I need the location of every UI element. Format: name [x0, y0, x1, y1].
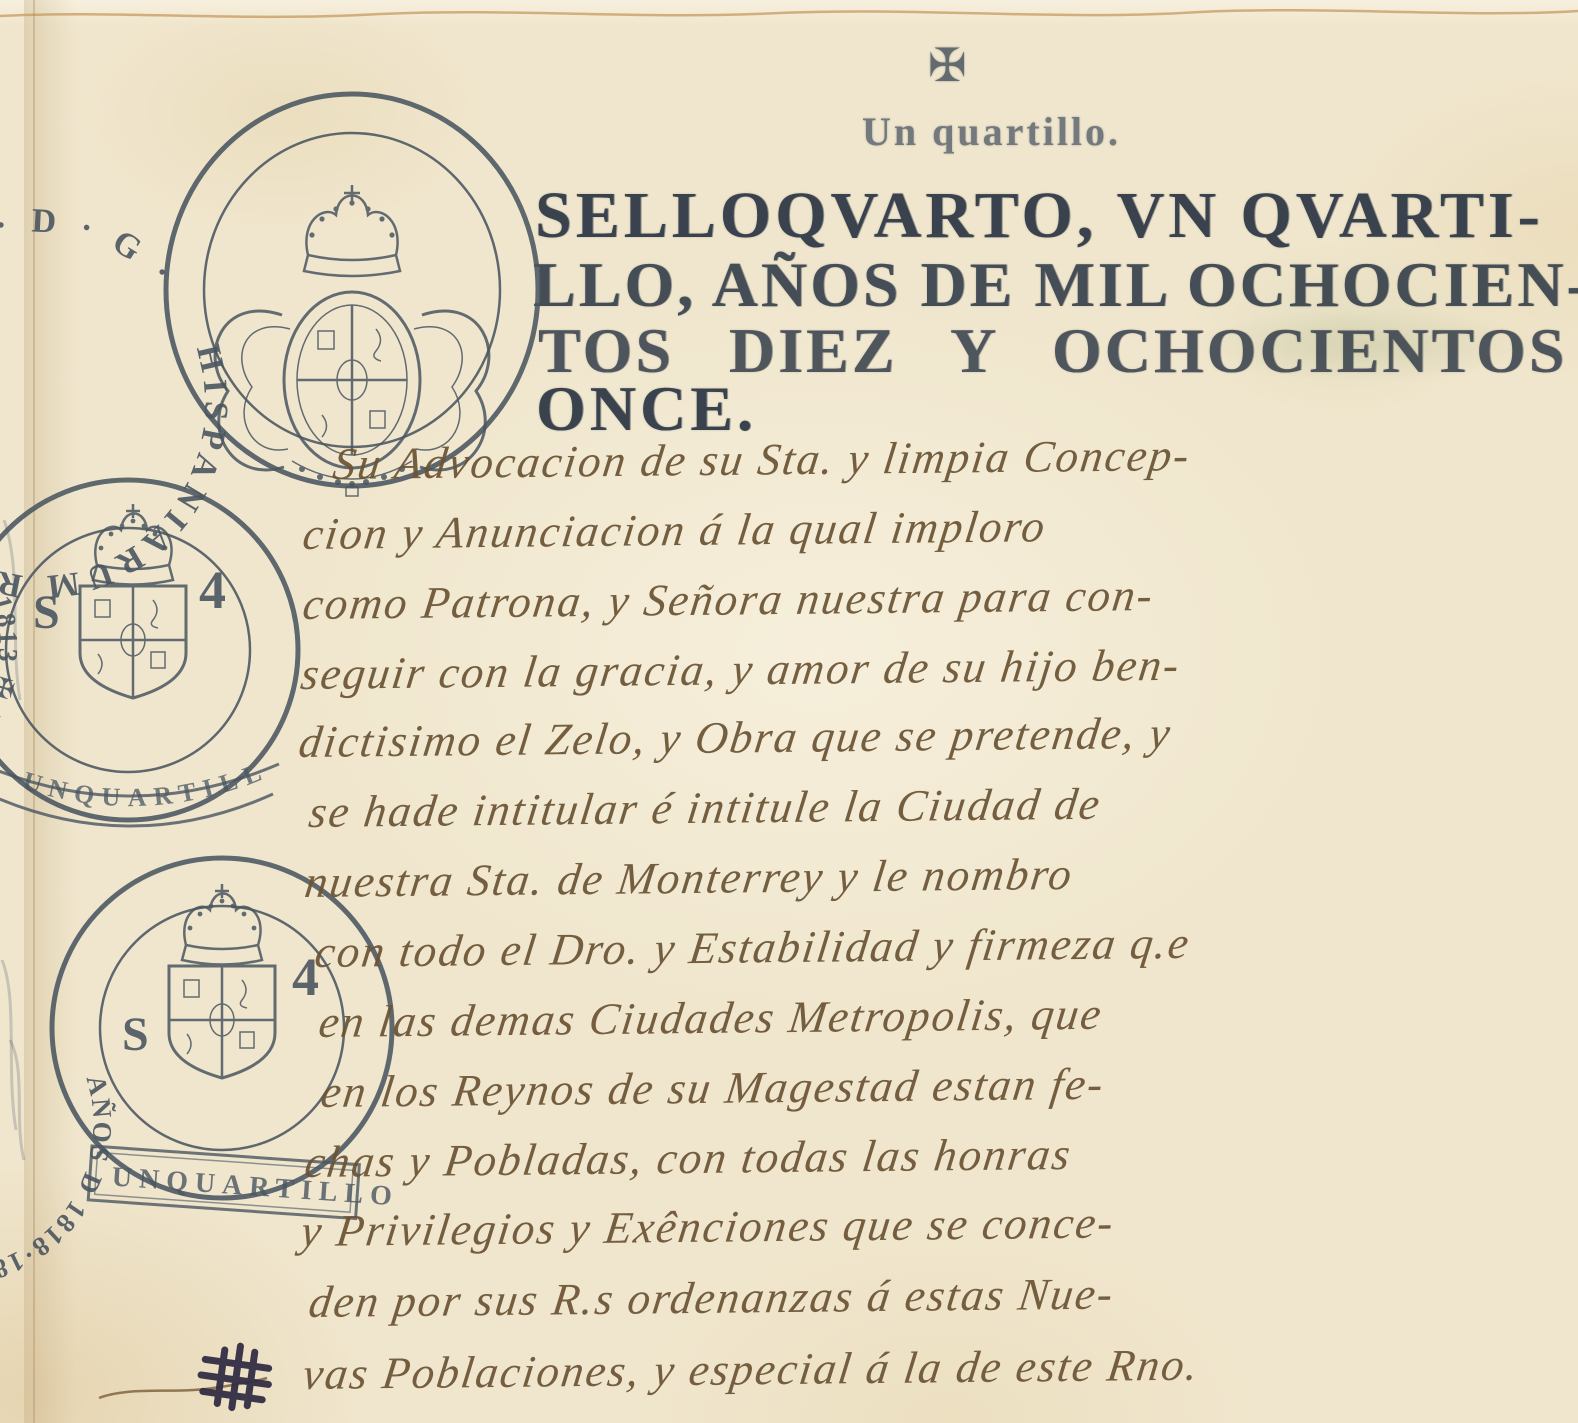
manuscript-line: como Patrona, y Señora nuestra para con- [300, 569, 1157, 630]
manuscript-line: vas Poblaciones, y especial á la de este… [300, 1339, 1203, 1400]
printer-ornament-icon: ✠ [928, 38, 967, 92]
manuscript-line: dictisimo el Zelo, y Obra que se pretend… [296, 707, 1175, 768]
seal-letter-s: S [33, 586, 60, 639]
manuscript-line: seguir con la gracia, y amor de su hijo … [298, 639, 1184, 700]
manuscript-line: en las demas Ciudades Metropolis, que [316, 988, 1106, 1048]
manuscript-line: se hade intitular é intitule la Ciudad d… [306, 778, 1105, 838]
manuscript-line: Su Advocacion de su Sta. y limpia Concep… [330, 429, 1194, 490]
royal-arms [169, 884, 275, 1078]
manuscript-line: chas y Pobladas, con todas las honras [302, 1128, 1075, 1188]
seal-numeral-4: 4 [199, 560, 226, 620]
manuscript-line: con todo el Dro. y Estabilidad y firmeza… [312, 917, 1194, 978]
document-page: ✠ Un quartillo. SELLOQVARTO, VN QVARTI- … [0, 0, 1578, 1423]
manuscript-line: y Privilegios y Exênciones que se conce- [298, 1196, 1118, 1257]
fernando-vii-1813-seal: 1813 ✠ FERNANDOVII · D · G · M · CONV · … [0, 468, 325, 878]
manuscript-line: en los Reynos de su Magestad estan fe- [318, 1058, 1108, 1118]
manuscript-line: nuestra Sta. de Monterrey y le nombro [302, 848, 1077, 908]
manuscript-line: den por sus R.s ordenanzas á estas Nue- [306, 1268, 1118, 1328]
seal-letter-s: S [122, 1008, 149, 1061]
stamp-heading-line: LLO, AÑOS DE MIL OCHOCIEN- [533, 248, 1578, 322]
stamp-heading-line: SELLOQVARTO, VN QVARTI- [535, 178, 1544, 254]
tax-rate-note: Un quartillo. [862, 108, 1121, 155]
notary-rubric [85, 1290, 405, 1423]
manuscript-line: cion y Anunciacion á la qual imploro [300, 500, 1050, 560]
deckle-edge-line [0, 0, 1578, 40]
